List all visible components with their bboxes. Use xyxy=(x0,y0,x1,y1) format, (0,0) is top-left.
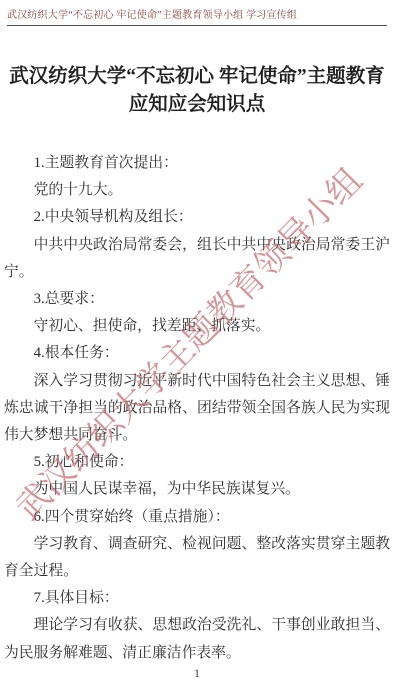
paragraph: 理论学习有收获、思想政治受洗礼、干事创业敢担当、为民服务解难题、清正廉洁作表率。 xyxy=(4,612,390,666)
paragraph: 2.中央领导机构及组长： xyxy=(4,204,390,231)
paragraph: 党的十九大。 xyxy=(4,177,390,204)
title-line-2: 应知应会知识点 xyxy=(0,91,394,119)
document-title: 武汉纺织大学“不忘初心 牢记使命”主题教育 应知应会知识点 xyxy=(0,63,394,119)
paragraph: 3.总要求： xyxy=(4,286,390,313)
paragraph: 学习教育、调查研究、检视问题、整改落实贯穿主题教育全过程。 xyxy=(4,531,390,585)
paragraph: 7.具体目标： xyxy=(4,585,390,612)
paragraph: 为中国人民谋幸福，为中华民族谋复兴。 xyxy=(4,476,390,503)
document-page: 武汉纺织大学“不忘初心 牢记使命”主题教育领导小组 学习宣传组 武汉纺织大学“不… xyxy=(0,0,394,695)
document-body: 1.主题教育首次提出：党的十九大。2.中央领导机构及组长：中共中央政治局常委会，… xyxy=(4,150,390,667)
paragraph: 4.根本任务： xyxy=(4,340,390,367)
paragraph: 守初心、担使命，找差距、抓落实。 xyxy=(4,313,390,340)
paragraph: 中共中央政治局常委会，组长中共中央政治局常委王沪宁。 xyxy=(4,232,390,286)
document-header: 武汉纺织大学“不忘初心 牢记使命”主题教育领导小组 学习宣传组 xyxy=(7,9,387,26)
paragraph: 1.主题教育首次提出： xyxy=(4,150,390,177)
page-number: 1 xyxy=(0,666,394,681)
paragraph: 6.四个贯穿始终（重点措施）： xyxy=(4,504,390,531)
title-line-1: 武汉纺织大学“不忘初心 牢记使命”主题教育 xyxy=(0,63,394,91)
paragraph: 深入学习贯彻习近平新时代中国特色社会主义思想、锤炼忠诚干净担当的政治品格、团结带… xyxy=(4,368,390,450)
paragraph: 5.初心和使命： xyxy=(4,449,390,476)
